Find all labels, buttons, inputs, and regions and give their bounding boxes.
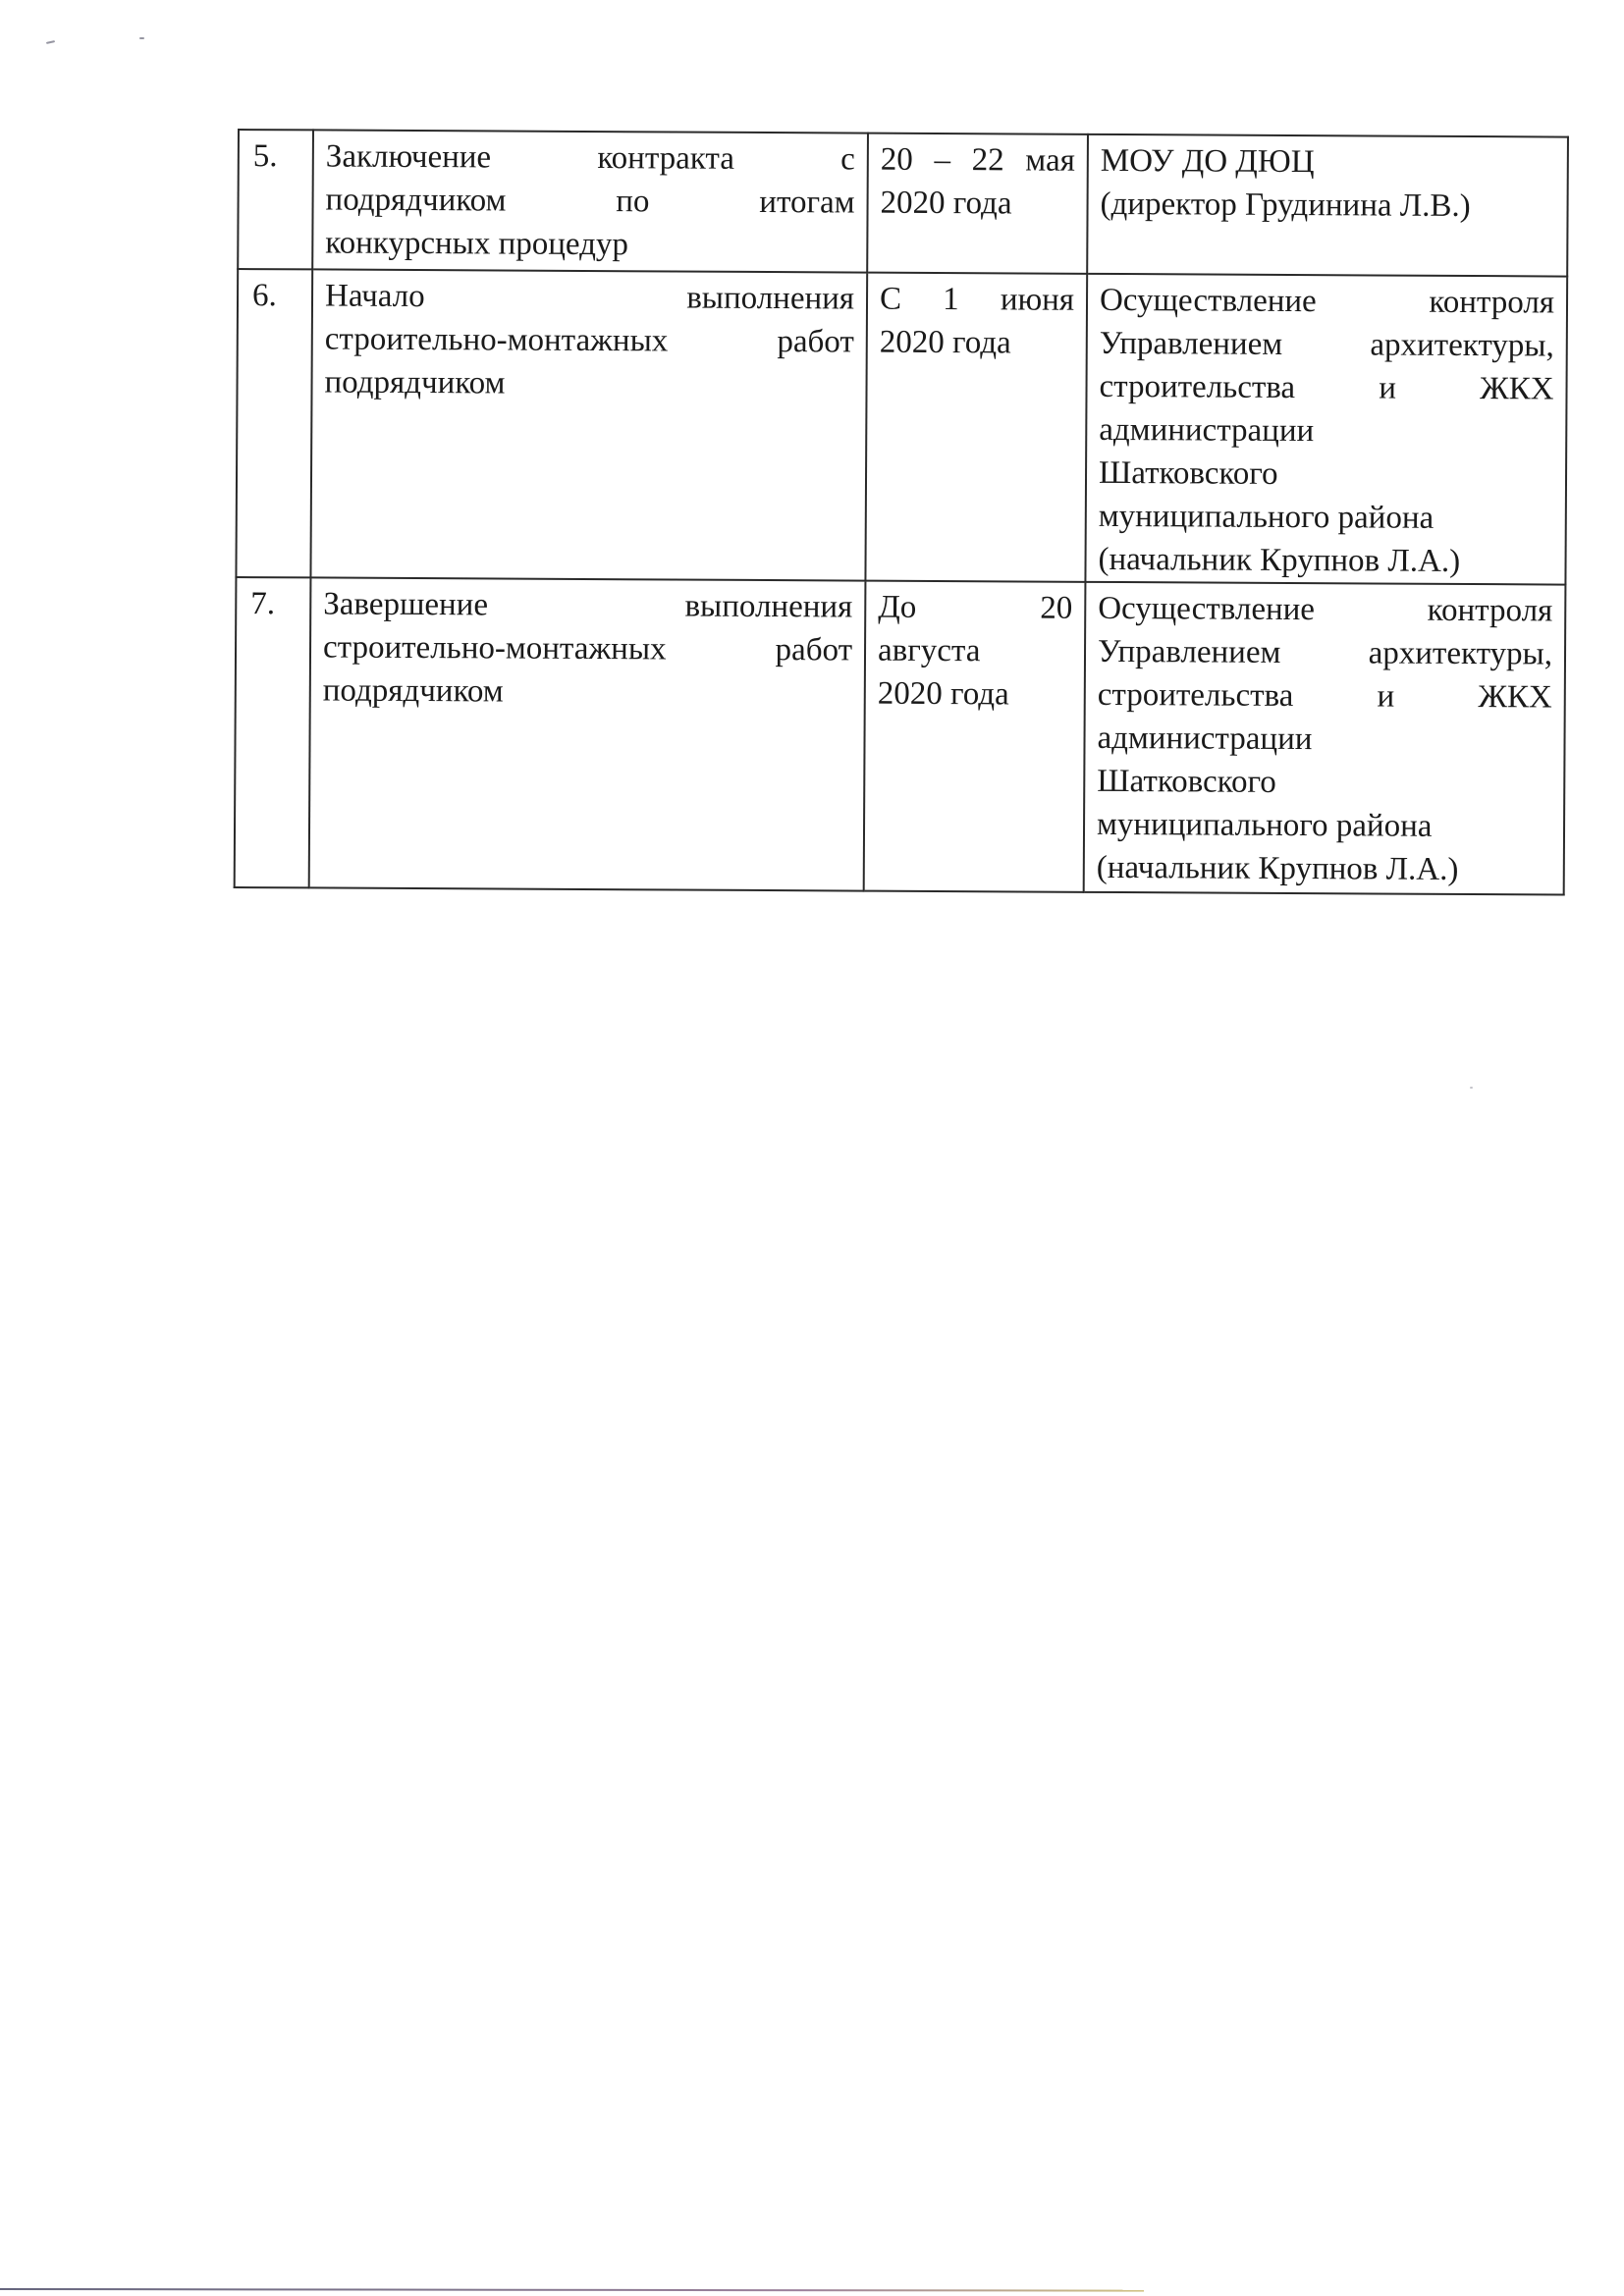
action-line: Заключение контракта с	[326, 135, 855, 182]
scan-artifact	[139, 37, 144, 39]
deadline-line: августа	[878, 629, 1072, 673]
row-number-text: 5.	[253, 138, 278, 174]
responsible-line: муниципального района	[1099, 495, 1553, 541]
scan-edge-line	[0, 2288, 1144, 2292]
responsible-line: Осуществление контроля	[1100, 279, 1554, 325]
action-line: подрядчиком	[324, 360, 853, 406]
action-line: подрядчиком по итогам	[325, 179, 854, 225]
responsible-line: МОУ ДО ДЮЦ	[1101, 139, 1555, 186]
responsible-cell: Осуществление контроля Управлением архит…	[1085, 274, 1567, 585]
deadline-cell: 20 – 22 мая 2020 года	[867, 133, 1088, 274]
deadline-line: 2020 года	[880, 321, 1074, 365]
responsible-line: администрации	[1099, 408, 1553, 454]
action-line: строительно-монтажных работ	[323, 625, 852, 671]
table-row: 7. Завершение выполнения строительно-мон…	[235, 577, 1566, 895]
responsible-line: администрации	[1097, 717, 1551, 763]
action-line: Завершение выполнения	[323, 582, 852, 628]
deadline-line: 2020 года	[878, 672, 1072, 717]
schedule-table-container: 5. Заключение контракта с подрядчиком по…	[234, 129, 1567, 896]
row-number-text: 7.	[250, 586, 275, 621]
responsible-line: муниципального района	[1097, 803, 1551, 849]
action-line: строительно-монтажных работ	[325, 317, 854, 363]
action-cell: Завершение выполнения строительно-монтаж…	[309, 577, 866, 890]
table-row: 5. Заключение контракта с подрядчиком по…	[238, 130, 1568, 277]
row-number-text: 6.	[252, 278, 277, 313]
schedule-table: 5. Заключение контракта с подрядчиком по…	[234, 129, 1569, 896]
responsible-line: строительства и ЖКХ	[1098, 673, 1552, 720]
deadline-line: 20 – 22 мая	[881, 138, 1075, 183]
row-number: 5.	[238, 130, 313, 269]
responsible-line: Шатковского	[1097, 760, 1551, 806]
action-cell: Заключение контракта с подрядчиком по ит…	[312, 130, 868, 272]
responsible-line: Управлением архитектуры,	[1098, 630, 1552, 676]
responsible-line: (директор Грудинина Л.В.)	[1100, 183, 1554, 229]
responsible-line: (начальник Крупнов Л.А.)	[1098, 538, 1552, 584]
deadline-line: 2020 года	[880, 182, 1074, 226]
scan-artifact	[1470, 1087, 1473, 1089]
action-line: конкурсных процедур	[325, 222, 854, 268]
row-number: 7.	[235, 577, 311, 887]
action-line: подрядчиком	[323, 668, 852, 715]
action-cell: Начало выполнения строительно-монтажных …	[310, 269, 867, 580]
deadline-cell: С 1 июня 2020 года	[865, 273, 1087, 582]
scan-artifact	[46, 40, 55, 44]
deadline-cell: До 20 августа 2020 года	[864, 581, 1086, 892]
responsible-line: Осуществление контроля	[1098, 587, 1552, 633]
responsible-line: (начальник Крупнов Л.А.)	[1097, 846, 1551, 892]
responsible-line: Управлением архитектуры,	[1100, 322, 1554, 368]
table-row: 6. Начало выполнения строительно-монтажн…	[236, 269, 1567, 585]
row-number: 6.	[236, 269, 312, 577]
deadline-line: С 1 июня	[880, 278, 1074, 322]
responsible-cell: Осуществление контроля Управлением архит…	[1084, 582, 1566, 895]
deadline-line: До 20	[878, 586, 1072, 630]
responsible-line: Шатковского	[1099, 452, 1553, 498]
action-line: Начало выполнения	[325, 275, 854, 321]
responsible-cell: МОУ ДО ДЮЦ (директор Грудинина Л.В.)	[1087, 134, 1568, 277]
responsible-line: строительства и ЖКХ	[1099, 365, 1553, 411]
